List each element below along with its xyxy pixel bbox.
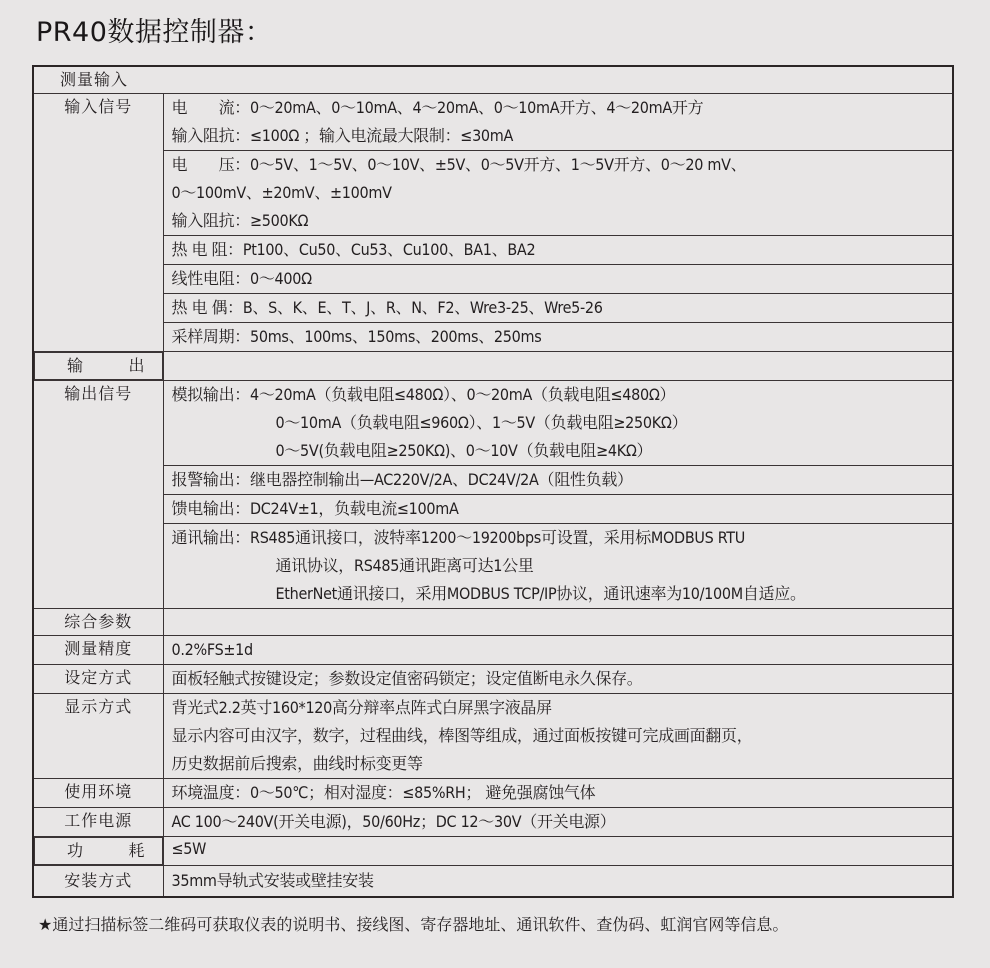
section-header-input: 测量输入 <box>33 66 953 94</box>
section-header-output: 输 出 <box>33 352 953 381</box>
section-title-right: 出 <box>128 353 145 379</box>
row-label-right: 耗 <box>128 838 145 864</box>
output-analog: 模拟输出：4～20mA（负载电阻≤480Ω）、0～20mA（负载电阻≤480Ω）… <box>164 381 953 466</box>
star-icon: ★ <box>38 915 52 934</box>
input-rtd: 热 电 阻：Pt100、Cu50、Cu53、Cu100、BA1、BA2 <box>164 236 953 265</box>
analog-line-2: 0～10mA（负载电阻≤960Ω）、1～5V（负载电阻≥250KΩ） <box>172 409 953 437</box>
row-label: 安装方式 <box>33 866 163 898</box>
row-label: 工作电源 <box>33 808 163 837</box>
current-impedance: 输入阻抗：≤100Ω ；输入电流最大限制：≤30mA <box>172 122 953 150</box>
row-label: 测量精度 <box>33 636 163 665</box>
row-label: 输出信号 <box>33 381 163 609</box>
section-title: 测量输入 <box>33 66 953 94</box>
row-label: 功 耗 <box>34 837 163 865</box>
output-comm: 通讯输出：RS485通讯接口，波特率1200～19200bps可设置，采用标MO… <box>164 524 953 608</box>
row-value: AC 100～240V(开关电源)，50/60Hz；DC 12～30V（开关电源… <box>172 808 953 836</box>
table-row-setting-method: 设定方式 面板轻触式按键设定；参数设定值密码锁定；设定值断电永久保存。 <box>33 665 953 694</box>
spec-table: 测量输入 输入信号 电 流：0～20mA、0～10mA、4～20mA、0～10m… <box>32 65 954 898</box>
section-title: 综合参数 <box>33 609 163 636</box>
row-value: 历史数据前后搜索，曲线时标变更等 <box>172 750 953 778</box>
row-label: 设定方式 <box>33 665 163 694</box>
table-row-output-signal: 输出信号 模拟输出：4～20mA（负载电阻≤480Ω）、0～20mA（负载电阻≤… <box>33 381 953 609</box>
row-value: 环境温度：0～50℃；相对湿度：≤85%RH； 避免强腐蚀气体 <box>172 779 953 807</box>
row-label-left: 功 <box>67 838 84 864</box>
voltage-range-cont: 0～100mV、±20mV、±100mV <box>172 179 953 207</box>
table-row-installation: 安装方式 35mm导轨式安装或壁挂安装 <box>33 866 953 898</box>
table-row-input-signal: 输入信号 电 流：0～20mA、0～10mA、4～20mA、0～10mA开方、4… <box>33 94 953 352</box>
comm-line-2: 通讯协议，RS485通讯距离可达1公里 <box>172 552 953 580</box>
input-voltage: 电 压：0～5V、1～5V、0～10V、±5V、0～5V开方、1～5V开方、0～… <box>164 151 953 236</box>
table-row-display-method: 显示方式 背光式2.2英寸160*120高分辩率点阵式白屏黑字液晶屏 显示内容可… <box>33 694 953 779</box>
row-value: 背光式2.2英寸160*120高分辩率点阵式白屏黑字液晶屏 <box>172 694 953 722</box>
row-value: 面板轻触式按键设定；参数设定值密码锁定；设定值断电永久保存。 <box>172 665 953 693</box>
comm-line-1: 通讯输出：RS485通讯接口，波特率1200～19200bps可设置，采用标MO… <box>172 524 953 552</box>
input-linear-resistance: 线性电阻：0～400Ω <box>164 265 953 294</box>
table-row-environment: 使用环境 环境温度：0～50℃；相对湿度：≤85%RH； 避免强腐蚀气体 <box>33 779 953 808</box>
input-sampling-period: 采样周期：50ms、100ms、150ms、200ms、250ms <box>164 323 953 351</box>
voltage-range: 电 压：0～5V、1～5V、0～10V、±5V、0～5V开方、1～5V开方、0～… <box>172 151 953 179</box>
row-label: 显示方式 <box>33 694 163 779</box>
table-row-power-consumption: 功 耗 ≤5W <box>33 837 953 866</box>
section-header-general: 综合参数 <box>33 609 953 636</box>
row-value: 0.2%FS±1d <box>172 636 953 664</box>
voltage-impedance: 输入阻抗：≥500KΩ <box>172 207 953 235</box>
row-value: ≤5W <box>172 837 953 861</box>
page-title: PR40数据控制器： <box>36 16 272 50</box>
table-row-accuracy: 测量精度 0.2%FS±1d <box>33 636 953 665</box>
row-label: 使用环境 <box>33 779 163 808</box>
comm-line-3: EtherNet通讯接口，采用MODBUS TCP/IP协议，通讯速率为10/1… <box>172 580 953 608</box>
footer-note-text: 通过扫描标签二维码可获取仪表的说明书、接线图、寄存器地址、通讯软件、查伪码、虹润… <box>52 915 788 934</box>
output-feed: 馈电输出：DC24V±1，负载电流≤100mA <box>164 495 953 524</box>
section-title: 输 出 <box>34 352 163 380</box>
output-alarm: 报警输出：继电器控制输出—AC220V/2A、DC24V/2A（阻性负载） <box>164 466 953 495</box>
row-value: 显示内容可由汉字，数字，过程曲线，棒图等组成，通过面板按键可完成画面翻页， <box>172 722 953 750</box>
footer-note: ★通过扫描标签二维码可获取仪表的说明书、接线图、寄存器地址、通讯软件、查伪码、虹… <box>38 914 788 936</box>
analog-line-1: 模拟输出：4～20mA（负载电阻≤480Ω）、0～20mA（负载电阻≤480Ω） <box>172 381 953 409</box>
section-title-left: 输 <box>67 353 84 379</box>
table-row-power-supply: 工作电源 AC 100～240V(开关电源)，50/60Hz；DC 12～30V… <box>33 808 953 837</box>
current-range: 电 流：0～20mA、0～10mA、4～20mA、0～10mA开方、4～20mA… <box>172 94 953 122</box>
input-thermocouple: 热 电 偶：B、S、K、E、T、J、R、N、F2、Wre3-25、Wre5-26 <box>164 294 953 323</box>
row-value: 35mm导轨式安装或壁挂安装 <box>172 866 953 896</box>
input-current: 电 流：0～20mA、0～10mA、4～20mA、0～10mA开方、4～20mA… <box>164 94 953 151</box>
analog-line-3: 0～5V(负载电阻≥250KΩ)、0～10V（负载电阻≥4KΩ） <box>172 437 953 465</box>
row-label: 输入信号 <box>33 94 163 352</box>
